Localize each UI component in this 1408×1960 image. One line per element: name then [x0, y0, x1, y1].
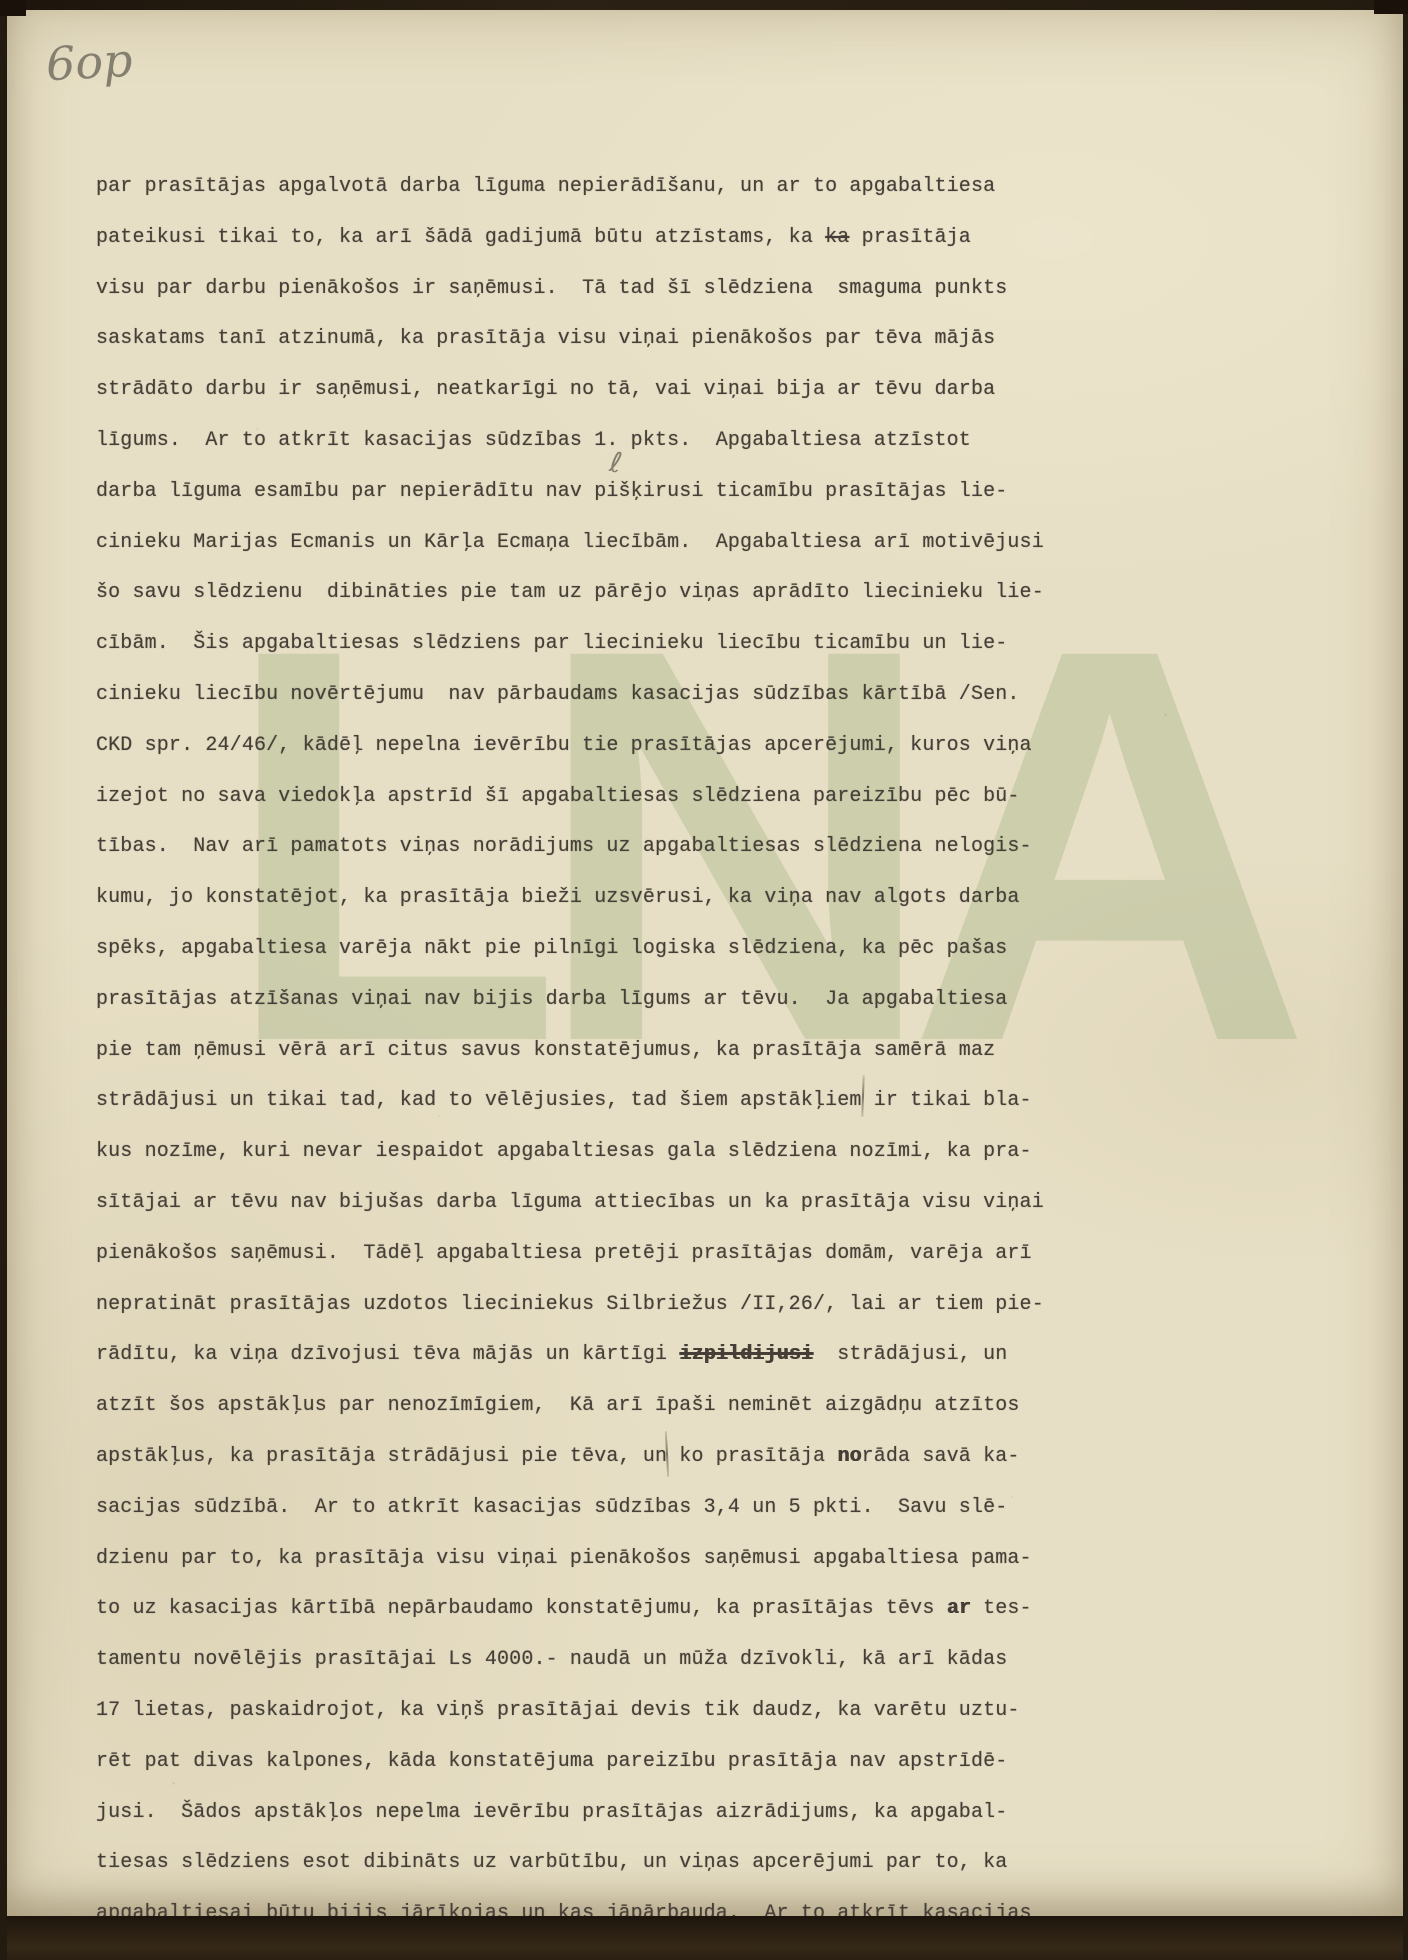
typed-segment: cībām. Šis apgabaltiesas slēdziens par l…	[96, 632, 1007, 655]
scanned-page: LNA par prasītājas apgalvotā darba līgum…	[0, 0, 1408, 1960]
typed-segment: tes-	[971, 1597, 1032, 1620]
typed-segment: līgums. Ar to atkrīt kasacijas sūdzības …	[96, 429, 971, 452]
typed-segment: dzienu par to, ka prasītāja visu viņai p…	[96, 1547, 1032, 1570]
typed-segment: strādājusi, un	[813, 1343, 1007, 1366]
typed-line: kus nozīme, kuri nevar iespaidot apgabal…	[96, 1127, 1106, 1178]
typed-segment: prasītājas atzīšanas viņai nav bijis dar…	[96, 988, 1007, 1011]
typed-line: prasītājas atzīšanas viņai nav bijis dar…	[96, 975, 1106, 1026]
typed-segment: strādāto darbu ir saņēmusi, neatkarīgi n…	[96, 378, 995, 401]
typed-segment: visu par darbu pienākošos ir saņēmusi. T…	[96, 277, 1007, 300]
typed-segment: strādājusi un tikai tad, kad to vēlējusi…	[96, 1089, 1032, 1112]
typed-segment: tības. Nav arī pamatots viņas norādijums…	[96, 835, 1032, 858]
typed-segment-strike-heavy: izpildijusi	[679, 1343, 813, 1366]
typed-line: kumu, jo konstatējot, ka prasītāja bieži…	[96, 873, 1106, 924]
typed-segment: sītājai ar tēvu nav bijušas darba līguma…	[96, 1191, 1044, 1214]
typed-segment-overtype: no	[837, 1445, 861, 1468]
typed-line: rēt pat divas kalpones, kāda konstatējum…	[96, 1737, 1106, 1788]
typed-line: to uz kasacijas kārtībā nepārbaudamo kon…	[96, 1584, 1106, 1635]
typed-segment: atzīt šos apstākļus par nenozīmīgiem, Kā…	[96, 1394, 1020, 1417]
typed-segment-overtype: ar	[947, 1597, 971, 1620]
scan-edge-right	[1403, 0, 1408, 1960]
typed-segment: rāda savā ka-	[862, 1445, 1020, 1468]
typed-segment: par prasītājas apgalvotā darba līguma ne…	[96, 175, 995, 198]
typed-line: tamentu novēlējis prasītājai Ls 4000.- n…	[96, 1635, 1106, 1686]
typed-line: nepratināt prasītājas uzdotos liecinieku…	[96, 1280, 1106, 1331]
typed-line: pie tam ņēmusi vērā arī citus savus kons…	[96, 1026, 1106, 1077]
typed-lines: par prasītājas apgalvotā darba līguma ne…	[96, 162, 1106, 1940]
scan-edge-left	[0, 0, 7, 1960]
handwritten-page-number: 6op	[45, 37, 134, 87]
typed-line: tības. Nav arī pamatots viņas norādijums…	[96, 822, 1106, 873]
typed-segment: 17 lietas, paskaidrojot, ka viņš prasītā…	[96, 1699, 1020, 1722]
typed-line: 17 lietas, paskaidrojot, ka viņš prasītā…	[96, 1686, 1106, 1737]
typed-line: cībām. Šis apgabaltiesas slēdziens par l…	[96, 619, 1106, 670]
typed-line: tiesas slēdziens esot dibināts uz varbūt…	[96, 1838, 1106, 1889]
typed-segment: jusi. Šādos apstākļos nepelma ievērību p…	[96, 1801, 1007, 1824]
typed-line: spēks, apgabaltiesa varēja nākt pie piln…	[96, 924, 1106, 975]
typed-segment: tiesas slēdziens esot dibināts uz varbūt…	[96, 1851, 1007, 1874]
typed-line: sacijas sūdzībā. Ar to atkrīt kasacijas …	[96, 1483, 1106, 1534]
typed-line: cinieku liecību novērtējumu nav pārbauda…	[96, 670, 1106, 721]
typed-line: rādītu, ka viņa dzīvojusi tēva mājās un …	[96, 1330, 1106, 1381]
typed-segment: nepratināt prasītājas uzdotos liecinieku…	[96, 1293, 1044, 1316]
typed-line: pienākošos saņēmusi. Tādēļ apgabaltiesa …	[96, 1229, 1106, 1280]
typed-segment: prasītāja	[849, 226, 971, 249]
typed-line: saskatams tanī atzinumā, ka prasītāja vi…	[96, 314, 1106, 365]
typed-segment: CKD spr. 24/46/, kādēļ nepelna ievērību …	[96, 734, 1032, 757]
typed-segment: kus nozīme, kuri nevar iespaidot apgabal…	[96, 1140, 1032, 1163]
scan-corner-top-left	[0, 0, 26, 16]
typed-segment: cinieku Marijas Ecmanis un Kārļa Ecmaņa …	[96, 531, 1044, 554]
typed-segment: spēks, apgabaltiesa varēja nākt pie piln…	[96, 937, 1007, 960]
typed-line: sītājai ar tēvu nav bijušas darba līguma…	[96, 1178, 1106, 1229]
typed-segment: izejot no sava viedokļa apstrīd šī apgab…	[96, 785, 1020, 808]
paper: LNA par prasītājas apgalvotā darba līgum…	[6, 9, 1403, 1917]
typed-line: par prasītājas apgalvotā darba līguma ne…	[96, 162, 1106, 213]
typed-segment: sacijas sūdzībā. Ar to atkrīt kasacijas …	[96, 1496, 1007, 1519]
scan-corner-top-right	[1374, 0, 1408, 14]
scan-edge-top	[0, 0, 1408, 10]
typed-segment-strike: ka	[825, 226, 849, 249]
typed-line: šo savu slēdzienu dibināties pie tam uz …	[96, 568, 1106, 619]
typed-line: apstākļus, ka prasītāja strādājusi pie t…	[96, 1432, 1106, 1483]
typed-line: atzīt šos apstākļus par nenozīmīgiem, Kā…	[96, 1381, 1106, 1432]
typed-line: strādājusi un tikai tad, kad to vēlējusi…	[96, 1076, 1106, 1127]
typed-segment: pateikusi tikai to, ka arī šādā gadijumā…	[96, 226, 825, 249]
typed-segment: darba līguma esamību par nepierādītu nav…	[96, 480, 1007, 503]
typed-line: pateikusi tikai to, ka arī šādā gadijumā…	[96, 213, 1106, 264]
typed-line: CKD spr. 24/46/, kādēļ nepelna ievērību …	[96, 721, 1106, 772]
typed-line: darba līguma esamību par nepierādītu nav…	[96, 467, 1106, 518]
typed-line: cinieku Marijas Ecmanis un Kārļa Ecmaņa …	[96, 518, 1106, 569]
typed-line: jusi. Šādos apstākļos nepelma ievērību p…	[96, 1788, 1106, 1839]
typed-line: visu par darbu pienākošos ir saņēmusi. T…	[96, 264, 1106, 315]
typed-segment: rādītu, ka viņa dzīvojusi tēva mājās un …	[96, 1343, 679, 1366]
typed-segment: saskatams tanī atzinumā, ka prasītāja vi…	[96, 327, 995, 350]
typed-line: dzienu par to, ka prasītāja visu viņai p…	[96, 1534, 1106, 1585]
typed-segment: tamentu novēlējis prasītājai Ls 4000.- n…	[96, 1648, 1007, 1671]
typed-segment: šo savu slēdzienu dibināties pie tam uz …	[96, 581, 1044, 604]
scan-edge-bottom	[0, 1916, 1408, 1960]
typed-line: strādāto darbu ir saņēmusi, neatkarīgi n…	[96, 365, 1106, 416]
typed-segment: to uz kasacijas kārtībā nepārbaudamo kon…	[96, 1597, 947, 1620]
typed-segment: rēt pat divas kalpones, kāda konstatējum…	[96, 1750, 1007, 1773]
typed-segment: kumu, jo konstatējot, ka prasītāja bieži…	[96, 886, 1020, 909]
typed-segment: pie tam ņēmusi vērā arī citus savus kons…	[96, 1039, 995, 1062]
typed-line: izejot no sava viedokļa apstrīd šī apgab…	[96, 772, 1106, 823]
typed-segment: apstākļus, ka prasītāja strādājusi pie t…	[96, 1445, 837, 1468]
typed-segment: cinieku liecību novērtējumu nav pārbauda…	[96, 683, 1020, 706]
typed-line: līgums. Ar to atkrīt kasacijas sūdzības …	[96, 416, 1106, 467]
typed-segment: pienākošos saņēmusi. Tādēļ apgabaltiesa …	[96, 1242, 1032, 1265]
